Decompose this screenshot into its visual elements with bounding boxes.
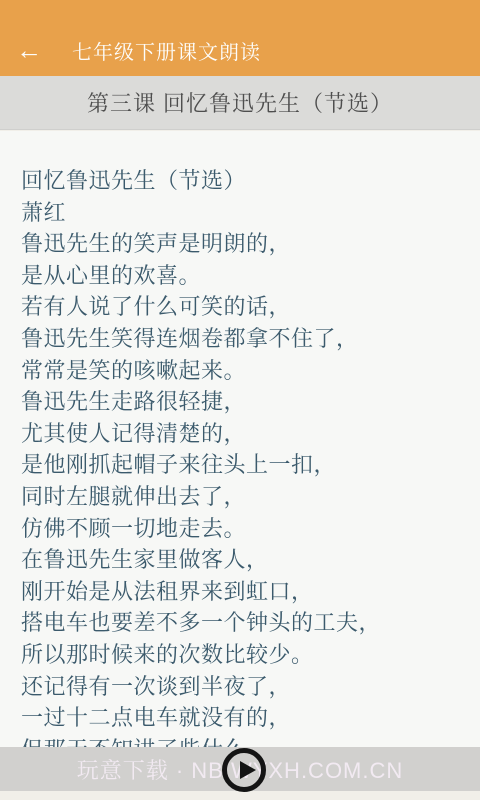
text-line: 若有人说了什么可笑的话， (21, 291, 468, 323)
play-button[interactable] (222, 748, 266, 792)
play-icon (240, 761, 256, 779)
lesson-subtitle-bar: 第三课 回忆鲁迅先生（节选） (0, 76, 480, 130)
text-line: 仿佛不顾一切地走去。 (21, 513, 468, 545)
text-line: 搭电车也要差不多一个钟头的工夫， (21, 607, 468, 639)
toolbar: ← 七年级下册课文朗读 (0, 24, 480, 76)
text-line: 一过十二点电车就没有的， (21, 702, 468, 734)
text-line: 萧红 (21, 197, 468, 229)
text-line: 还记得有一次谈到半夜了， (21, 671, 468, 703)
text-line: 鲁迅先生的笑声是明朗的， (21, 228, 468, 260)
lesson-title: 第三课 回忆鲁迅先生（节选） (87, 87, 393, 118)
text-line: 所以那时候来的次数比较少。 (21, 639, 468, 671)
text-line: 同时左腿就伸出去了， (21, 481, 468, 513)
app-screen: ← 七年级下册课文朗读 第三课 回忆鲁迅先生（节选） 回忆鲁迅先生（节选）萧红鲁… (0, 0, 480, 800)
back-icon[interactable]: ← (16, 37, 46, 63)
bottom-strip (0, 791, 480, 800)
text-line: 回忆鲁迅先生（节选） (21, 165, 468, 197)
text-line: 常常是笑的咳嗽起来。 (21, 355, 468, 387)
lesson-text-area[interactable]: 回忆鲁迅先生（节选）萧红鲁迅先生的笑声是明朗的，是从心里的欢喜。若有人说了什么可… (0, 131, 480, 800)
text-line: 是从心里的欢喜。 (21, 260, 468, 292)
text-line: 是他刚抓起帽子来往头上一扣， (21, 449, 468, 481)
app-title: 七年级下册课文朗读 (72, 36, 261, 65)
text-line: 尤其使人记得清楚的， (21, 418, 468, 450)
text-line: 在鲁迅先生家里做客人， (21, 544, 468, 576)
text-line: 刚开始是从法租界来到虹口， (21, 576, 468, 608)
app-bar: ← 七年级下册课文朗读 (0, 0, 480, 76)
text-line: 鲁迅先生笑得连烟卷都拿不住了， (21, 323, 468, 355)
text-line: 鲁迅先生走路很轻捷， (21, 386, 468, 418)
